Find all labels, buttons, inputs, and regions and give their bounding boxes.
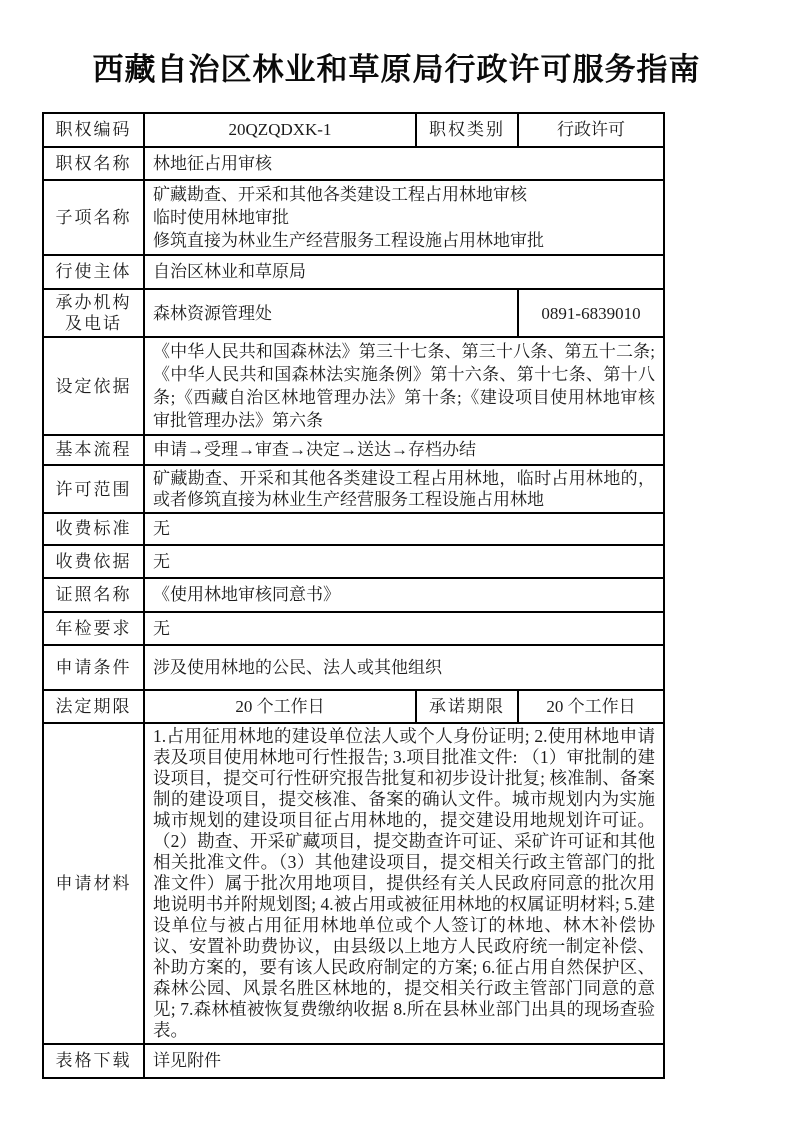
statutory-deadline-value: 20 个工作日 [144,690,416,723]
handling-agency-label: 承办机构 及电话 [43,289,144,337]
authority-code-value: 20QZQDXK-1 [144,113,416,147]
sub-item-line-2: 临时使用林地审批 [153,206,655,229]
application-materials-value: 1.占用征用林地的建设单位法人或个人身份证明; 2.使用林地申请表及项目使用林地… [144,723,664,1044]
exercising-subject-label: 行使主体 [43,255,144,289]
row-certificate-name: 证照名称 《使用林地审核同意书》 [43,578,664,612]
row-application-materials: 申请材料 1.占用征用林地的建设单位法人或个人身份证明; 2.使用林地申请表及项… [43,723,664,1044]
row-authority-code: 职权编码 20QZQDXK-1 职权类别 行政许可 [43,113,664,147]
service-guide-table: 职权编码 20QZQDXK-1 职权类别 行政许可 职权名称 林地征占用审核 子… [42,112,665,1079]
row-sub-items: 子项名称 矿藏勘查、开采和其他各类建设工程占用林地审核 临时使用林地审批 修筑直… [43,180,664,255]
statutory-deadline-label: 法定期限 [43,690,144,723]
row-statutory-deadline: 法定期限 20 个工作日 承诺期限 20 个工作日 [43,690,664,723]
certificate-name-label: 证照名称 [43,578,144,612]
permit-scope-label: 许可范围 [43,465,144,513]
basic-process-value: 申请→受理→审查→决定→送达→存档办结 [144,435,664,465]
application-materials-label: 申请材料 [43,723,144,1044]
row-fee-standard: 收费标准 无 [43,513,664,545]
certificate-name-value: 《使用林地审核同意书》 [144,578,664,612]
row-permit-scope: 许可范围 矿藏勘查、开采和其他各类建设工程占用林地，临时占用林地的，或者修筑直接… [43,465,664,513]
fee-standard-label: 收费标准 [43,513,144,545]
authority-name-value: 林地征占用审核 [144,147,664,180]
handling-agency-value: 森林资源管理处 [144,289,518,337]
row-fee-basis: 收费依据 无 [43,545,664,578]
document-title: 西藏自治区林业和草原局行政许可服务指南 [0,44,793,89]
application-conditions-label: 申请条件 [43,645,144,690]
authority-name-label: 职权名称 [43,147,144,180]
setting-basis-label: 设定依据 [43,337,144,435]
application-conditions-value: 涉及使用林地的公民、法人或其他组织 [144,645,664,690]
row-annual-check: 年检要求 无 [43,612,664,645]
exercising-subject-value: 自治区林业和草原局 [144,255,664,289]
sub-item-line-1: 矿藏勘查、开采和其他各类建设工程占用林地审核 [153,183,655,206]
document-page: 西藏自治区林业和草原局行政许可服务指南 职权编码 20QZQDXK-1 职权类别… [0,0,793,1122]
fee-basis-value: 无 [144,545,664,578]
setting-basis-value: 《中华人民共和国森林法》第三十七条、第三十八条、第五十二条;《中华人民共和国森林… [144,337,664,435]
form-download-label: 表格下载 [43,1044,144,1078]
row-form-download: 表格下载 详见附件 [43,1044,664,1078]
handling-agency-label-line-2: 及电话 [52,313,135,334]
permit-scope-value: 矿藏勘查、开采和其他各类建设工程占用林地，临时占用林地的，或者修筑直接为林业生产… [144,465,664,513]
row-basic-process: 基本流程 申请→受理→审查→决定→送达→存档办结 [43,435,664,465]
row-authority-name: 职权名称 林地征占用审核 [43,147,664,180]
fee-basis-label: 收费依据 [43,545,144,578]
sub-item-line-3: 修筑直接为林业生产经营服务工程设施占用林地审批 [153,229,655,252]
sub-items-label: 子项名称 [43,180,144,255]
fee-standard-value: 无 [144,513,664,545]
authority-type-value: 行政许可 [518,113,664,147]
row-setting-basis: 设定依据 《中华人民共和国森林法》第三十七条、第三十八条、第五十二条;《中华人民… [43,337,664,435]
row-exercising-subject: 行使主体 自治区林业和草原局 [43,255,664,289]
basic-process-label: 基本流程 [43,435,144,465]
row-application-conditions: 申请条件 涉及使用林地的公民、法人或其他组织 [43,645,664,690]
form-download-value: 详见附件 [144,1044,664,1078]
handling-agency-label-line-1: 承办机构 [52,292,135,313]
row-handling-agency: 承办机构 及电话 森林资源管理处 0891-6839010 [43,289,664,337]
annual-check-value: 无 [144,612,664,645]
promised-deadline-value: 20 个工作日 [518,690,664,723]
authority-code-label: 职权编码 [43,113,144,147]
annual-check-label: 年检要求 [43,612,144,645]
promised-deadline-label: 承诺期限 [416,690,518,723]
handling-agency-phone: 0891-6839010 [518,289,664,337]
sub-items-value: 矿藏勘查、开采和其他各类建设工程占用林地审核 临时使用林地审批 修筑直接为林业生… [144,180,664,255]
authority-type-label: 职权类别 [416,113,518,147]
